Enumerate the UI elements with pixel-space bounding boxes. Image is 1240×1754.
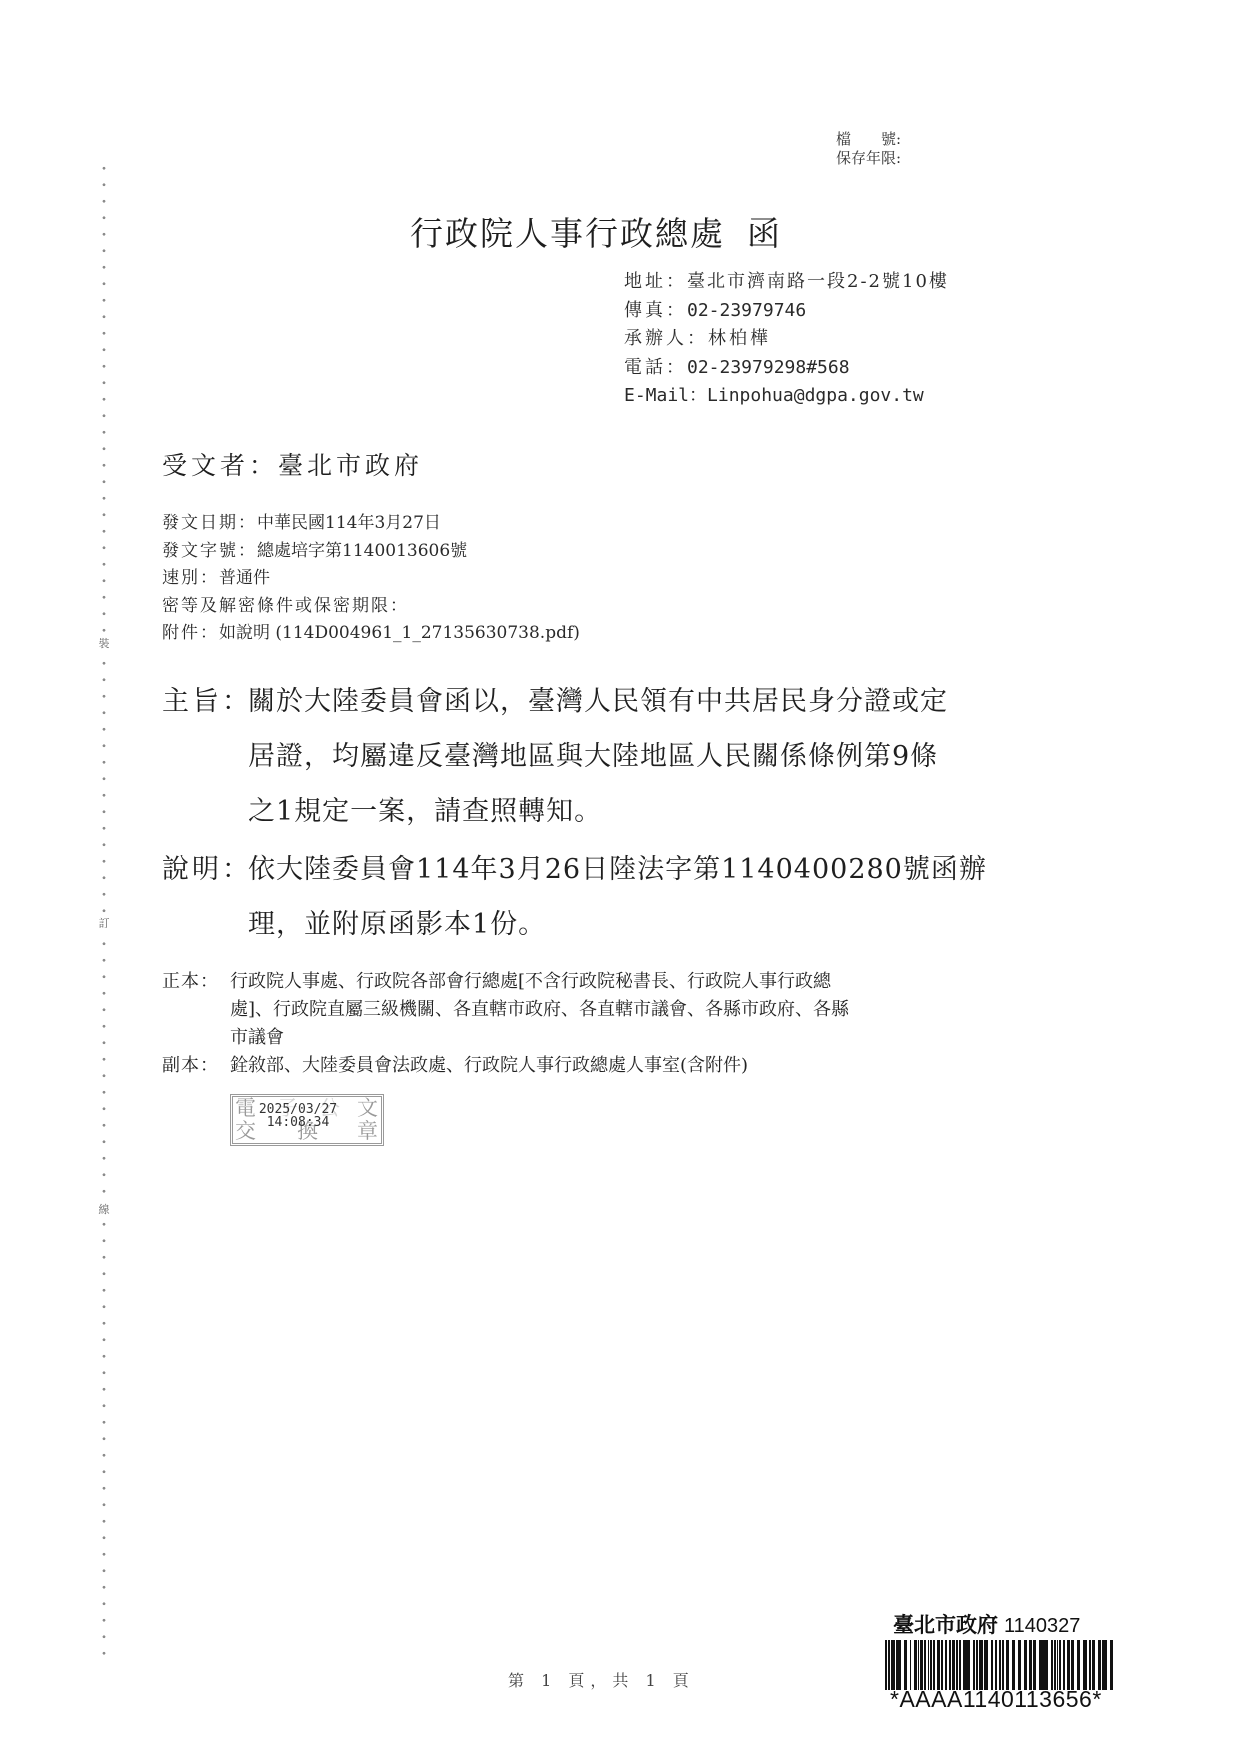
original-recipients-line-2: 處]、行政院直屬三級機關、各直轄市政府、各直轄市議會、各縣市政府、各縣 [162, 996, 849, 1024]
distribution-list: 正本：行政院人事處、行政院各部會行總處[不含行政院秘書長、行政院人事行政總 處]… [162, 968, 849, 1080]
issue-date-row: 發文日期：中華民國114年3月27日 [162, 510, 580, 538]
subject-line-2: 居證，均屬違反臺灣地區與大陸地區人民關係條例第9條 [162, 729, 948, 784]
explanation-label: 說明： [162, 842, 248, 897]
original-recipients-line-1: 正本：行政院人事處、行政院各部會行總處[不含行政院秘書長、行政院人事行政總 [162, 968, 849, 996]
reference-number-row: 發文字號：總處培字第1140013606號 [162, 538, 580, 566]
original-recipients-line-3: 市議會 [162, 1024, 849, 1052]
sender-contact-block: 地址：臺北市濟南路一段2-2號10樓 傳真：02-23979746 承辦人：林柏… [624, 268, 949, 411]
barcode-org: 臺北市政府 [893, 1614, 998, 1637]
recipient-label: 受文者： [162, 451, 278, 480]
address-row: 地址：臺北市濟南路一段2-2號10樓 [624, 268, 949, 297]
copy-label: 副本： [162, 1052, 230, 1080]
phone-value: 02-23979298#568 [687, 357, 850, 378]
issue-date: 中華民國114年3月27日 [257, 513, 441, 533]
speed-row: 速別：普通件 [162, 565, 580, 593]
reference-number: 總處培字第1140013606號 [257, 541, 467, 561]
document-title: 行政院人事行政總處函 [410, 208, 782, 255]
barcode-image [885, 1640, 1117, 1690]
handler-value: 林柏樺 [708, 328, 771, 349]
original-label: 正本： [162, 968, 230, 996]
explanation-line-2: 理，並附原函影本1份。 [162, 897, 987, 952]
binding-dotted-line [102, 160, 106, 1660]
subject-label: 主旨： [162, 674, 248, 729]
email-value[interactable]: Linpohua@dgpa.gov.tw [707, 385, 924, 406]
explanation-section: 說明：依大陸委員會114年3月26日陸法字第1140400280號函辦 理，並附… [162, 842, 987, 952]
copy-recipients: 副本：銓敘部、大陸委員會法政處、行政院人事行政總處人事室(含附件) [162, 1052, 849, 1080]
binding-mark-xian: 線 [96, 1202, 112, 1218]
subject-line-3: 之1規定一案，請查照轉知。 [162, 784, 948, 839]
address-value: 臺北市濟南路一段2-2號10樓 [687, 271, 949, 292]
explanation-line-1: 說明：依大陸委員會114年3月26日陸法字第1140400280號函辦 [162, 842, 987, 897]
subject-line-1: 主旨：關於大陸委員會函以，臺灣人民領有中共居民身分證或定 [162, 674, 948, 729]
page-number: 第 1 頁，共 1 頁 [508, 1668, 695, 1691]
electronic-exchange-stamp: 電 子 公 文 交 換 章 2025/03/27 14:08:34 [230, 1094, 384, 1146]
handler-row: 承辦人：林柏樺 [624, 325, 949, 354]
speed-value: 普通件 [219, 568, 270, 588]
attachment-link[interactable]: 如說明 (114D004961_1_27135630738.pdf) [219, 623, 580, 643]
phone-row: 電話：02-23979298#568 [624, 354, 949, 383]
document-type: 函 [747, 214, 782, 253]
binding-mark-zhuang: 裝 [96, 636, 112, 652]
file-metadata: 檔 號: 保存年限: [836, 130, 901, 168]
barcode-code: *AAAA1140113656* [890, 1686, 1102, 1713]
fax-value: 02-23979746 [687, 300, 806, 321]
email-row: E-Mail：Linpohua@dgpa.gov.tw [624, 382, 949, 411]
binding-mark-ding: 訂 [96, 916, 112, 932]
subject-section: 主旨：關於大陸委員會函以，臺灣人民領有中共居民身分證或定 居證，均屬違反臺灣地區… [162, 674, 948, 839]
retention-row: 保存年限: [836, 149, 901, 168]
recipient-value: 臺北市政府 [278, 451, 423, 480]
fax-row: 傳真：02-23979746 [624, 297, 949, 326]
file-number-label: 檔 號: [836, 130, 901, 149]
barcode-label: 臺北市政府1140327 [893, 1609, 1080, 1639]
stamp-timestamp: 2025/03/27 14:08:34 [253, 1103, 343, 1129]
retention-label: 保存年限: [836, 149, 901, 168]
recipient: 受文者：臺北市政府 [162, 446, 423, 482]
issuing-agency: 行政院人事行政總處 [410, 214, 725, 253]
document-metadata: 發文日期：中華民國114年3月27日 發文字號：總處培字第1140013606號… [162, 510, 580, 648]
file-number-row: 檔 號: [836, 130, 901, 149]
attachment-row: 附件：如說明 (114D004961_1_27135630738.pdf) [162, 620, 580, 648]
classification-row: 密等及解密條件或保密期限： [162, 593, 580, 621]
barcode-date: 1140327 [1004, 1615, 1080, 1637]
